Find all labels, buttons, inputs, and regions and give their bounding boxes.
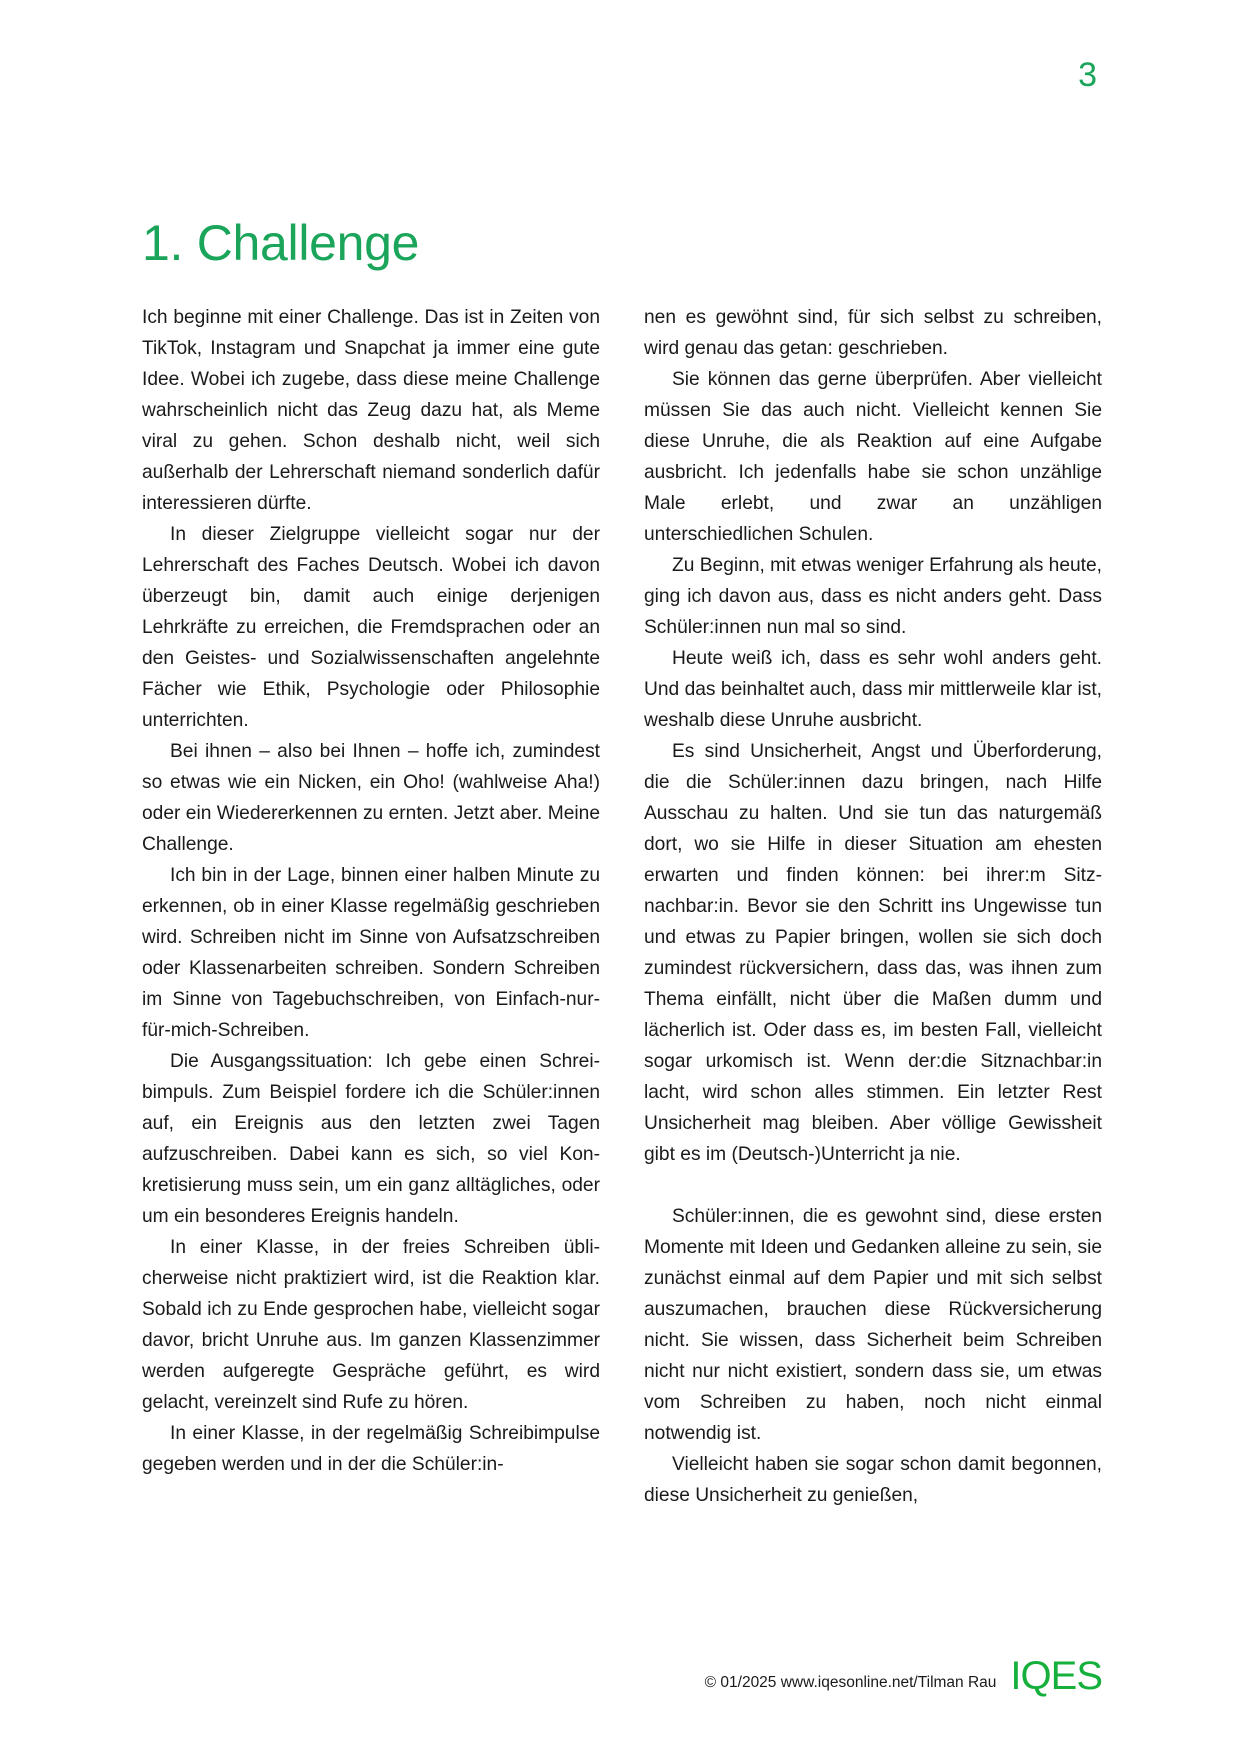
paragraph: In einer Klasse, in der regelmäßig Schre…	[142, 1418, 600, 1480]
paragraph: Bei ihnen – also bei Ihnen – hoffe ich, …	[142, 736, 600, 860]
paragraph: Vielleicht haben sie sogar schon damit b…	[644, 1449, 1102, 1511]
copyright-notice: © 01/2025 www.iqesonline.net/Tilman Rau	[705, 1674, 997, 1692]
paragraph: Sie können das gerne überprüfen. Aber vi…	[644, 364, 1102, 550]
right-column: nen es gewöhnt sind, für sich selbst zu …	[644, 302, 1102, 1511]
paragraph: In einer Klasse, in der freies Schreiben…	[142, 1232, 600, 1418]
iqes-logo: IQES	[1010, 1656, 1102, 1696]
paragraph: Ich bin in der Lage, binnen einer halben…	[142, 860, 600, 1046]
paragraph: Es sind Unsicherheit, Angst und Überford…	[644, 736, 1102, 1170]
page-footer: © 01/2025 www.iqesonline.net/Tilman Rau …	[705, 1656, 1102, 1696]
paragraph: Die Ausgangssituation: Ich gebe einen Sc…	[142, 1046, 600, 1232]
chapter-title: 1. Challenge	[142, 218, 419, 268]
paragraph: Ich beginne mit einer Challenge. Das ist…	[142, 302, 600, 519]
paragraph: nen es gewöhnt sind, für sich selbst zu …	[644, 302, 1102, 364]
paragraph: Zu Beginn, mit etwas weniger Erfahrung a…	[644, 550, 1102, 643]
paragraph: Heute weiß ich, dass es sehr wohl anders…	[644, 643, 1102, 736]
left-column: Ich beginne mit einer Challenge. Das ist…	[142, 302, 600, 1511]
paragraph: In dieser Zielgruppe vielleicht sogar nu…	[142, 519, 600, 736]
paragraph: Schüler:innen, die es gewohnt sind, dies…	[644, 1201, 1102, 1449]
page-number: 3	[1078, 58, 1097, 92]
body-columns: Ich beginne mit einer Challenge. Das ist…	[142, 302, 1102, 1511]
